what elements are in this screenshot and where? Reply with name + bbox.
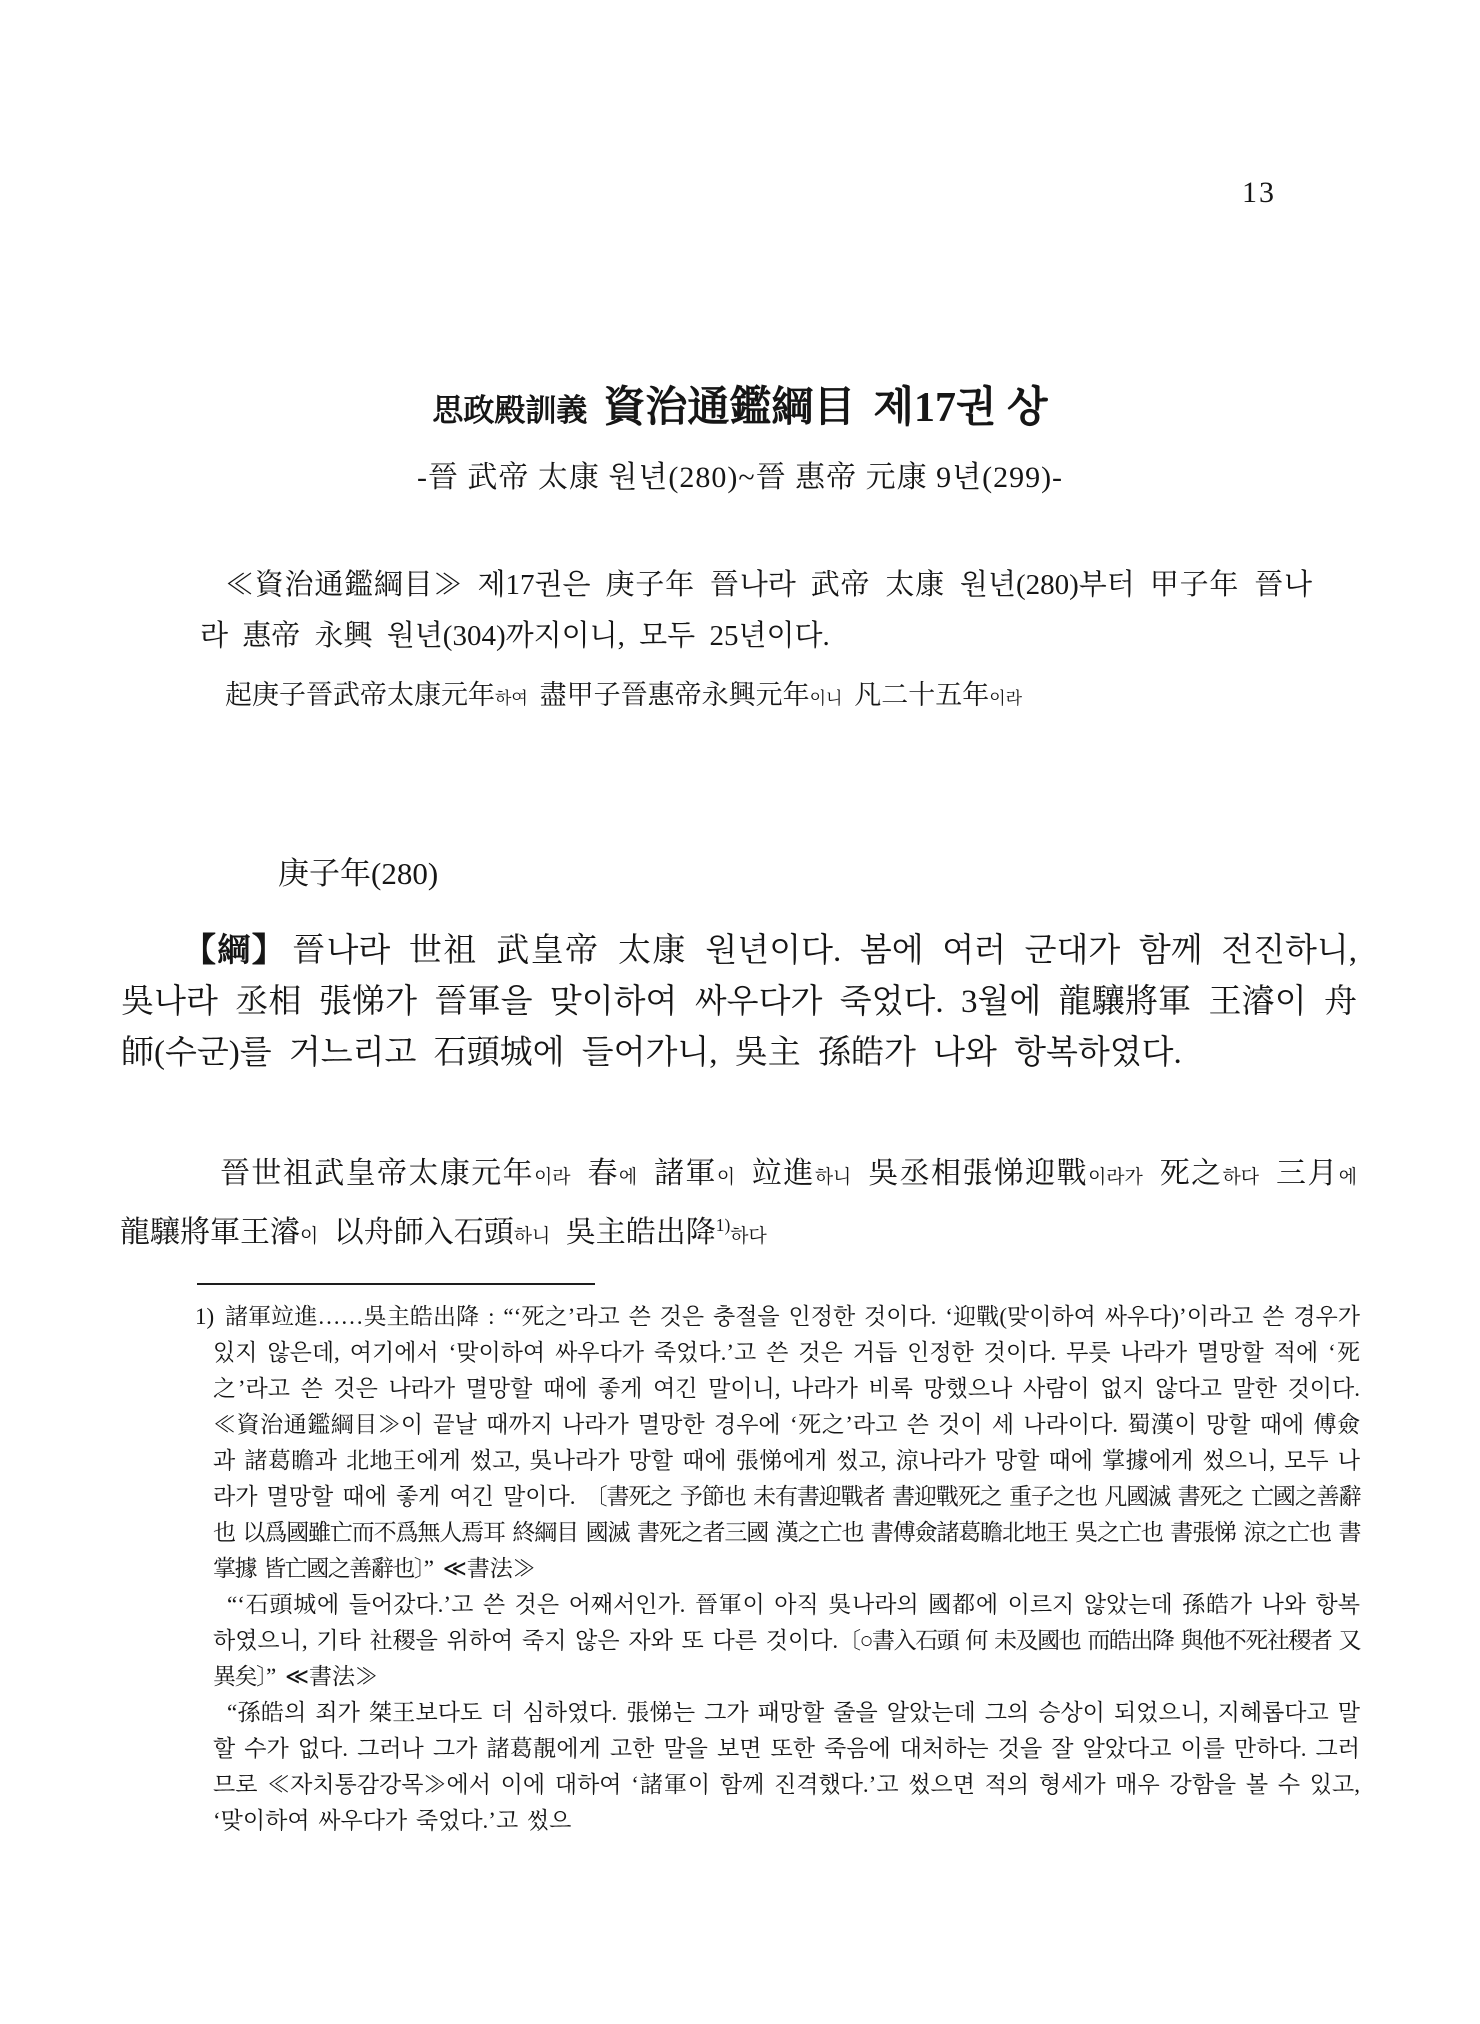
gang-marker: 【綱】 xyxy=(183,933,286,969)
footnote-paragraph: “‘石頭城에 들어갔다.’고 쓴 것은 어째서인가. 晉軍이 아직 吳나라의 國… xyxy=(195,1587,1360,1695)
footnote-divider-rule xyxy=(197,1283,595,1285)
footnote-block: 1) 諸軍竝進……吳主皓出降 : “‘死之’라고 쓴 것은 충절을 인정한 것이… xyxy=(195,1299,1360,1839)
intro-paragraph-korean: ≪資治通鑑綱目≫ 제17권은 庚子年 晉나라 武帝 太康 원년(280)부터 甲… xyxy=(200,560,1312,662)
footnote-marker: 1) xyxy=(195,1299,214,1335)
gang-paragraph-text: 晉나라 世祖 武皇帝 太康 원년이다. 봄에 여러 군대가 함께 전진하니, 吳… xyxy=(121,933,1357,1071)
gang-paragraph-classical: 晉世祖武皇帝太康元年이라 春에 諸軍이 竝進하니 吳丞相張悌迎戰이라가 死之하다… xyxy=(120,1146,1357,1264)
document-page: 13 思政殿訓義資治通鑑綱目제17권 상 -晉 武帝 太康 원년(280)~晉 … xyxy=(0,0,1480,2024)
intro-paragraph-classical: 起庚子晉武帝太康元年하여 盡甲子晉惠帝永興元年이니 凡二十五年이라 xyxy=(225,678,1022,716)
page-title: 思政殿訓義資治通鑑綱目제17권 상 xyxy=(0,374,1480,434)
year-section-header: 庚子年(280) xyxy=(278,848,438,893)
gang-paragraph-korean: 【綱】晉나라 世祖 武皇帝 太康 원년이다. 봄에 여러 군대가 함께 전진하니… xyxy=(121,926,1357,1079)
title-main: 資治通鑑綱目 xyxy=(603,385,855,431)
footnote-paragraph: 諸軍竝進……吳主皓出降 : “‘死之’라고 쓴 것은 충절을 인정한 것이다. … xyxy=(195,1299,1360,1587)
title-volume: 제17권 상 xyxy=(873,385,1047,431)
title-prefix: 思政殿訓義 xyxy=(432,393,587,428)
subtitle-date-range: -晉 武帝 太康 원년(280)~晉 惠帝 元康 9년(299)- xyxy=(0,452,1480,496)
page-number: 13 xyxy=(1242,176,1276,210)
footnote-paragraph: “孫皓의 죄가 桀王보다도 더 심하였다. 張悌는 그가 패망할 줄을 알았는데… xyxy=(195,1695,1360,1839)
